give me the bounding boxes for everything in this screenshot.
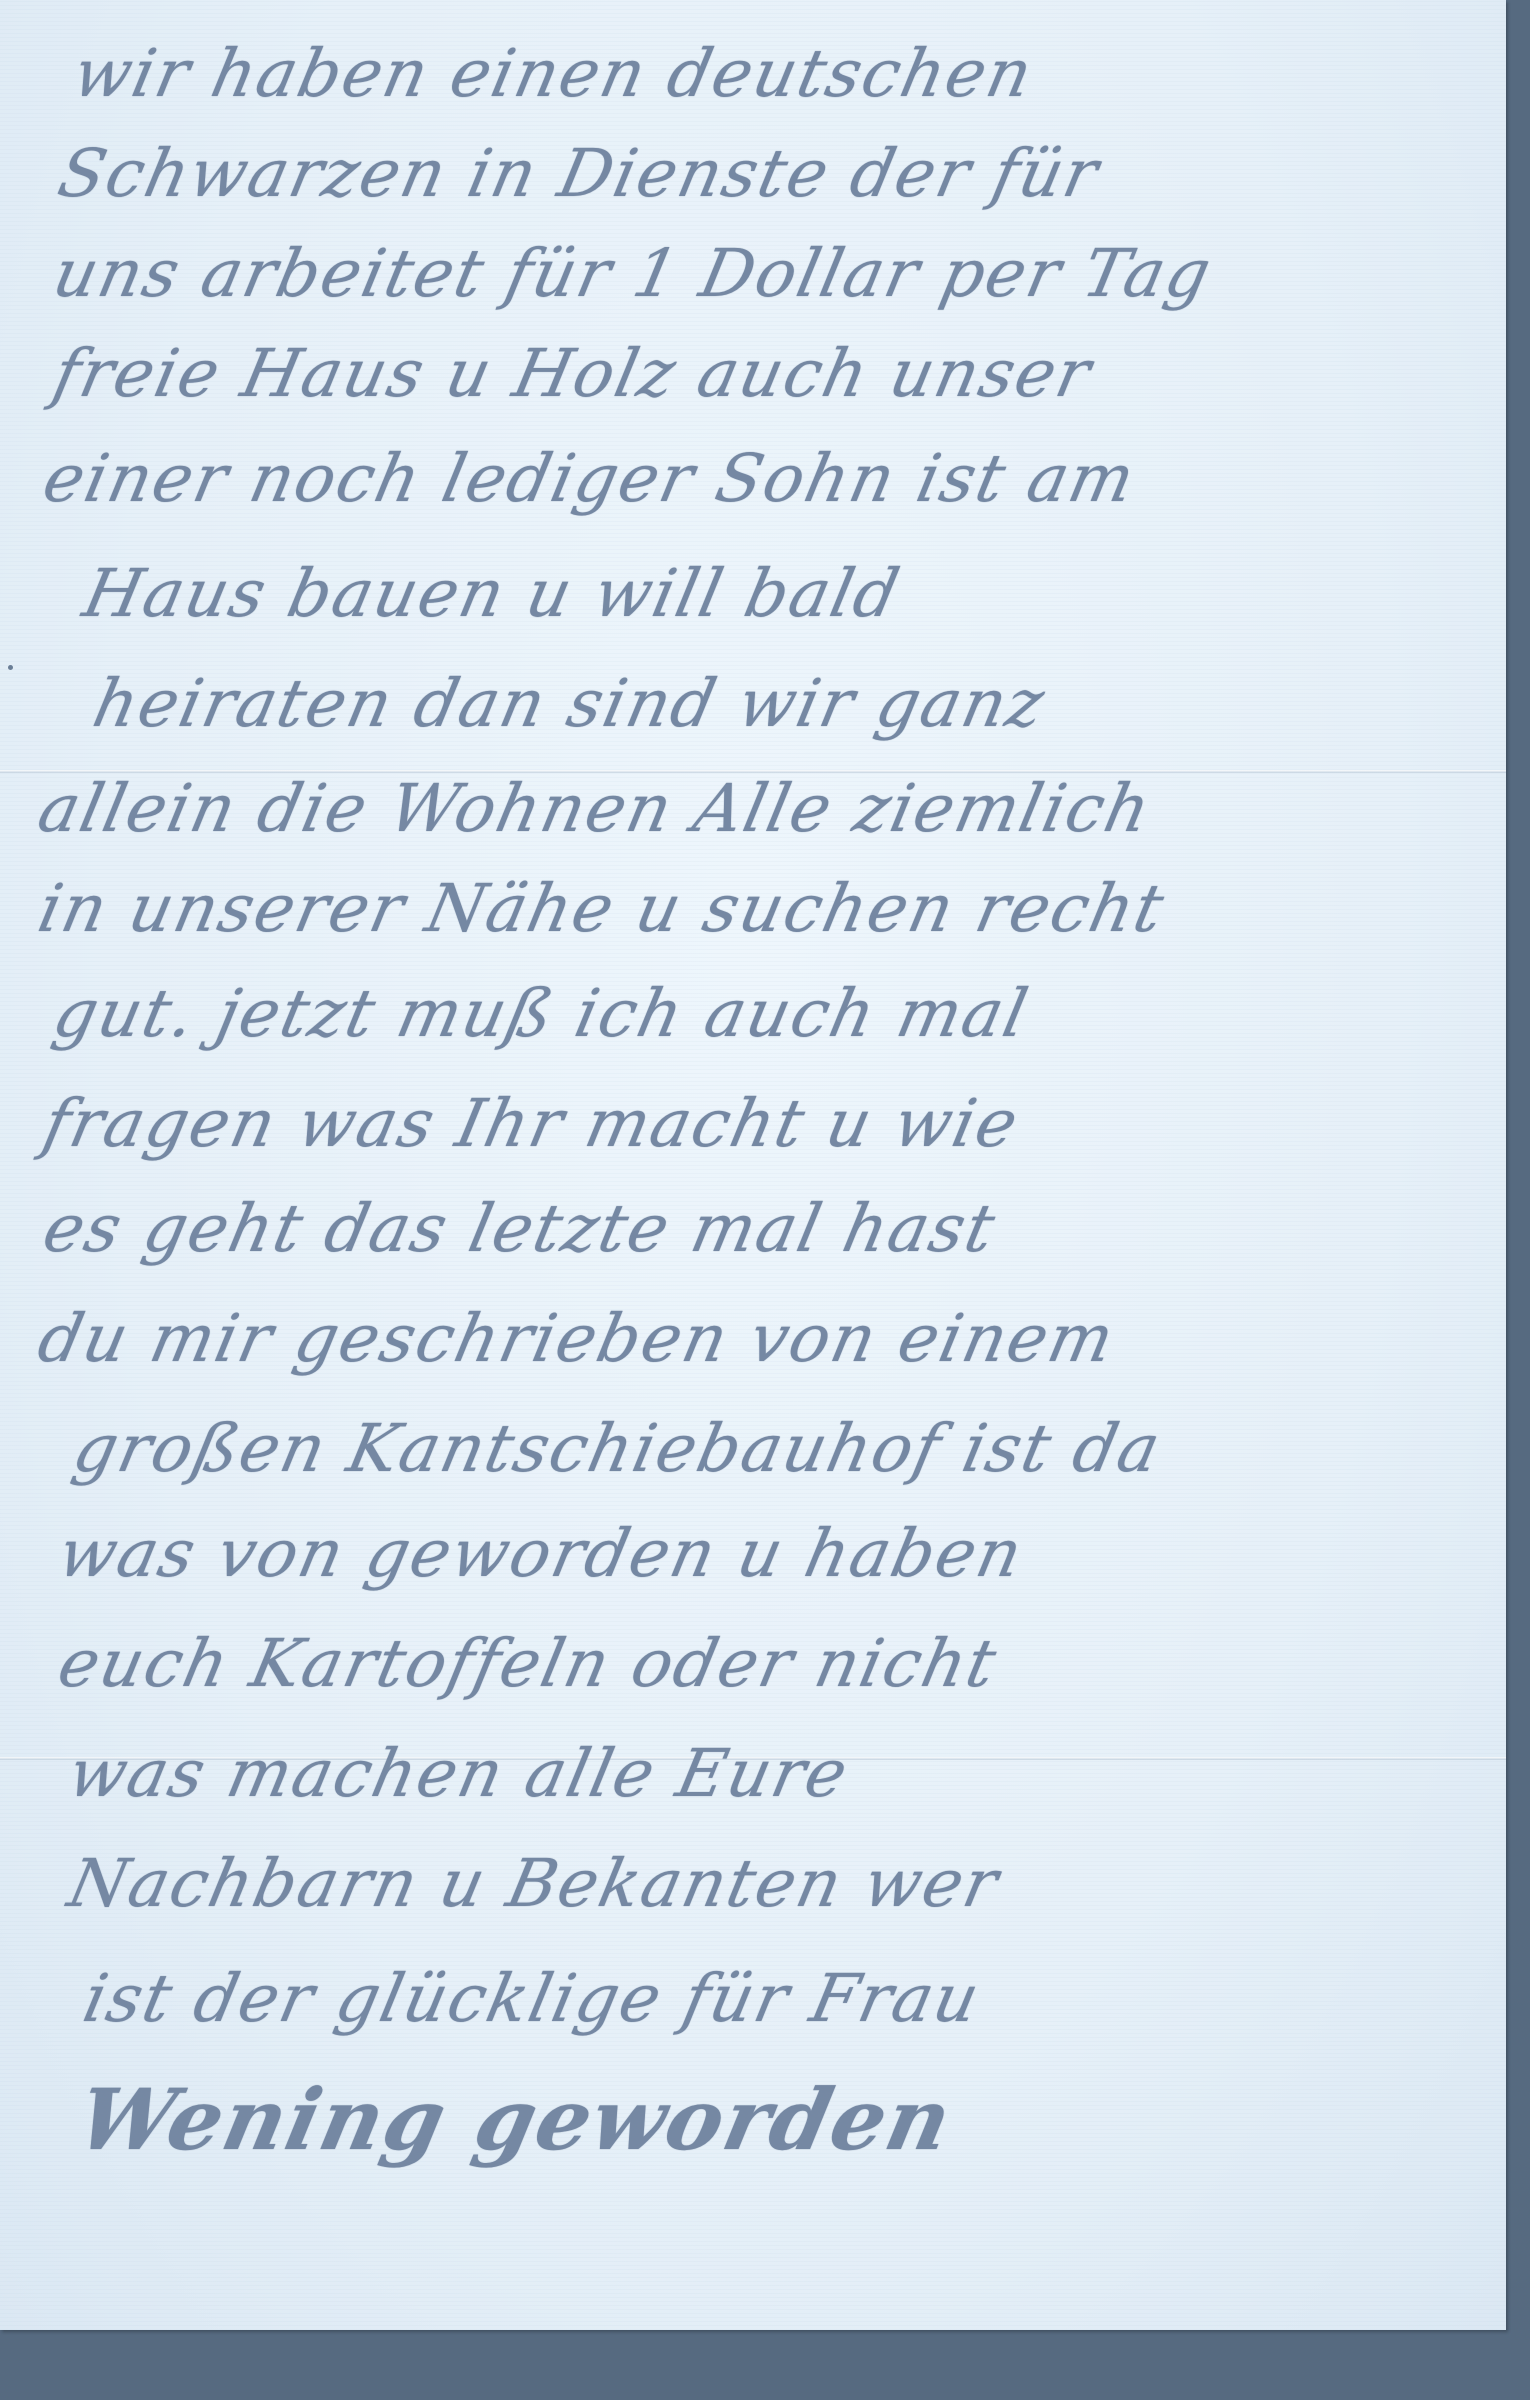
text-line: Nachbarn u Bekanten wer: [62, 1845, 1007, 1922]
text-line: großen Kantschiebauhof ist da: [67, 1410, 1169, 1487]
text-line: du mir geschrieben von einem: [32, 1300, 1122, 1377]
text-line: fragen was Ihr macht u wie: [37, 1085, 1026, 1162]
text-line: ist der glücklige für Frau: [77, 1960, 988, 2037]
text-line: was machen alle Eure: [62, 1735, 856, 1812]
text-line: Haus bauen u will bald: [77, 555, 908, 632]
text-line: wir haben einen deutschen: [67, 35, 1041, 112]
letter-page: wir haben einen deutschen Schwarzen in D…: [0, 0, 1506, 2330]
text-line: freie Haus u Holz auch unser: [47, 335, 1099, 412]
text-line: Wening geworden: [69, 2070, 961, 2169]
text-line: allein die Wohnen Alle ziemlich: [32, 770, 1159, 847]
paper-speck: [8, 665, 13, 670]
text-line: euch Kartoffeln oder nicht: [52, 1625, 1005, 1702]
text-line: heiraten dan sind wir ganz: [87, 665, 1053, 742]
text-line: Schwarzen in Dienste der für: [52, 135, 1107, 212]
text-line: was von geworden u haben: [52, 1515, 1031, 1592]
text-line: gut. jetzt muß ich auch mal: [47, 975, 1036, 1052]
text-line: in unserer Nähe u suchen recht: [32, 870, 1172, 947]
text-line: uns arbeitet für 1 Dollar per Tag: [47, 235, 1219, 312]
text-line: es geht das letzte mal hast: [37, 1190, 1003, 1267]
text-line: einer noch lediger Sohn ist am: [37, 440, 1143, 517]
